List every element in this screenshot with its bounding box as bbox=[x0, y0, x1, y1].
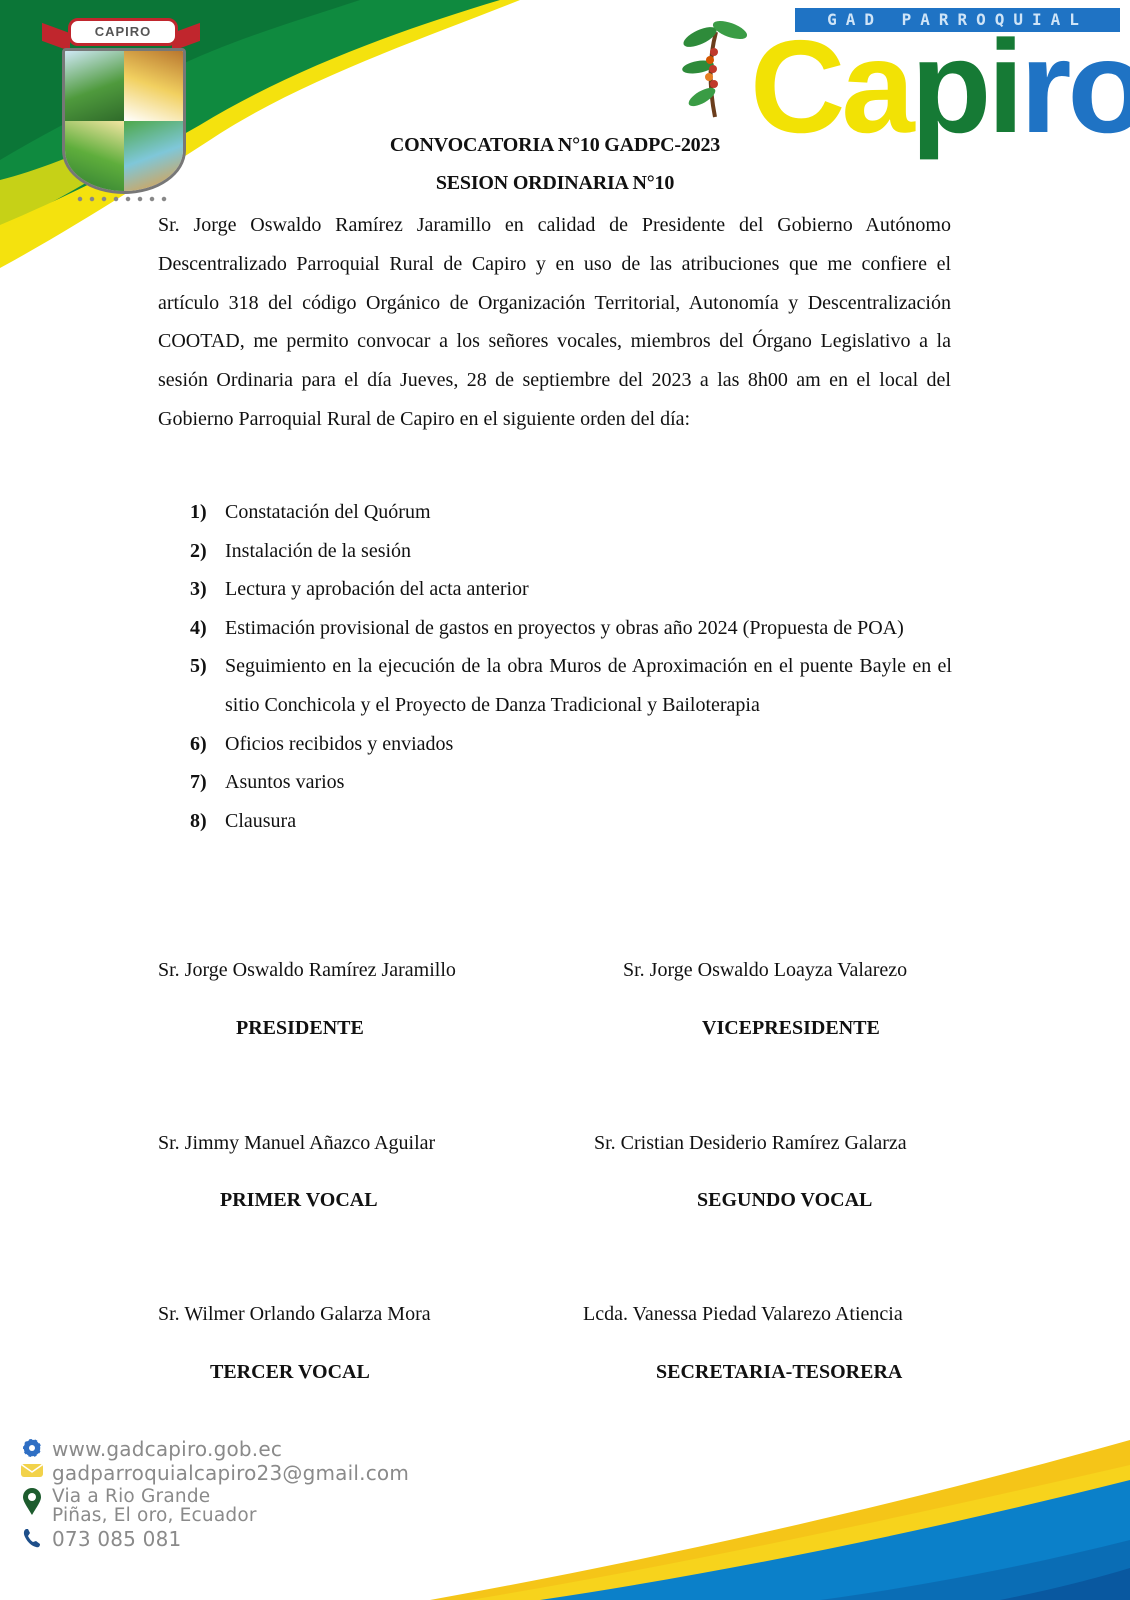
gad-capiro-logo: GAD PARROQUIAL Capiro bbox=[680, 2, 1125, 152]
signatory-role-first-vocal: PRIMER VOCAL bbox=[220, 1189, 378, 1212]
agenda-item: 3)Lectura y aprobación del acta anterior bbox=[190, 570, 952, 609]
location-pin-icon bbox=[12, 1487, 52, 1517]
phone-number[interactable]: 073 085 081 bbox=[52, 1527, 181, 1551]
agenda-list: 1)Constatación del Quórum 2)Instalación … bbox=[190, 493, 952, 840]
convocation-body: Sr. Jorge Oswaldo Ramírez Jaramillo en c… bbox=[158, 206, 951, 439]
phone-icon bbox=[12, 1527, 52, 1549]
crest-dots-decoration bbox=[74, 194, 170, 204]
logo-wordmark: Capiro bbox=[750, 22, 1130, 152]
signatory-role-second-vocal: SEGUNDO VOCAL bbox=[697, 1189, 872, 1212]
footer-contacts: www.gadcapiro.gob.ec gadparroquialcapiro… bbox=[12, 1437, 492, 1551]
document-subtitle: SESION ORDINARIA N°10 bbox=[0, 172, 1110, 195]
signatory-name-second-vocal: Sr. Cristian Desiderio Ramírez Galarza bbox=[594, 1132, 907, 1155]
crest-banner-label: CAPIRO bbox=[68, 18, 178, 46]
signatory-name-third-vocal: Sr. Wilmer Orlando Galarza Mora bbox=[158, 1303, 431, 1326]
signatory-name-president: Sr. Jorge Oswaldo Ramírez Jaramillo bbox=[158, 959, 456, 982]
agenda-item: 7)Asuntos varios bbox=[190, 763, 952, 802]
agenda-item: 4)Estimación provisional de gastos en pr… bbox=[190, 609, 952, 648]
address-line-1: Via a Rio Grande bbox=[52, 1486, 210, 1507]
signatory-role-secretary: SECRETARIA-TESORERA bbox=[656, 1361, 902, 1384]
email-link[interactable]: gadparroquialcapiro23@gmail.com bbox=[52, 1461, 409, 1485]
agenda-item: 1)Constatación del Quórum bbox=[190, 493, 952, 532]
signatory-role-vicepresident: VICEPRESIDENTE bbox=[702, 1017, 880, 1040]
signatory-role-president: PRESIDENTE bbox=[236, 1017, 364, 1040]
mail-icon bbox=[12, 1461, 52, 1479]
globe-icon bbox=[12, 1437, 52, 1459]
document-title: CONVOCATORIA N°10 GADPC-2023 bbox=[0, 134, 1110, 157]
signatory-name-secretary: Lcda. Vanessa Piedad Valarezo Atiencia bbox=[583, 1303, 903, 1326]
coffee-plant-icon bbox=[680, 12, 750, 122]
signatory-name-vicepresident: Sr. Jorge Oswaldo Loayza Valarezo bbox=[623, 959, 907, 982]
agenda-item: 5)Seguimiento en la ejecución de la obra… bbox=[190, 647, 952, 724]
agenda-item: 8)Clausura bbox=[190, 802, 952, 841]
contact-phone[interactable]: 073 085 081 bbox=[12, 1527, 492, 1551]
signatory-role-third-vocal: TERCER VOCAL bbox=[210, 1361, 370, 1384]
contact-address: Via a Rio Grande Piñas, El oro, Ecuador bbox=[12, 1487, 492, 1525]
contact-website[interactable]: www.gadcapiro.gob.ec bbox=[12, 1437, 492, 1461]
agenda-item: 2)Instalación de la sesión bbox=[190, 532, 952, 571]
address-line-2: Piñas, El oro, Ecuador bbox=[52, 1505, 257, 1526]
website-link[interactable]: www.gadcapiro.gob.ec bbox=[52, 1437, 282, 1461]
signatory-name-first-vocal: Sr. Jimmy Manuel Añazco Aguilar bbox=[158, 1132, 435, 1155]
agenda-item: 6)Oficios recibidos y enviados bbox=[190, 725, 952, 764]
crest-ribbon-left bbox=[42, 23, 70, 51]
contact-email[interactable]: gadparroquialcapiro23@gmail.com bbox=[12, 1461, 492, 1485]
